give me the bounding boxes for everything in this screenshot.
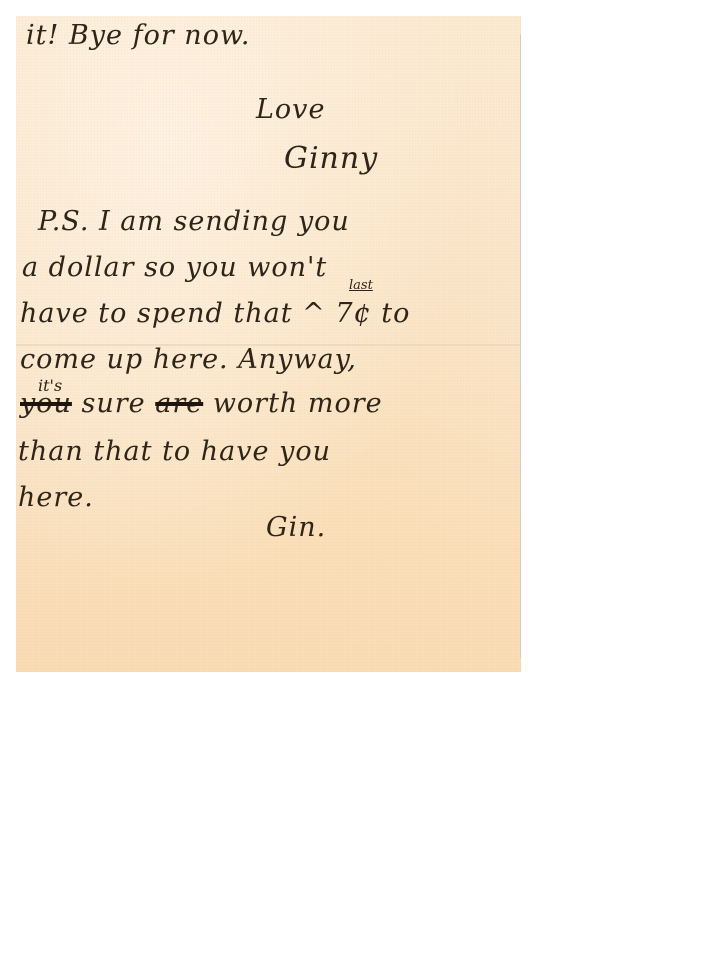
ps-line-3: have to spend that ^ 7¢ to <box>20 298 410 329</box>
ps-line-6: than that to have you <box>18 436 331 467</box>
signature-ginny: Ginny <box>284 141 378 176</box>
ps-line-3-end: 7¢ to <box>335 298 410 329</box>
letter-page: it! Bye for now. Love Ginny P.S. I am se… <box>16 16 521 672</box>
paper-edge <box>520 34 521 658</box>
ps-line-3-start: have to spend that <box>20 298 293 329</box>
ps-line-5-sure: sure <box>82 388 146 419</box>
ps-line-7: here. <box>18 482 94 513</box>
ps-line-5-end: worth more <box>213 388 383 419</box>
closing-love: Love <box>256 94 325 125</box>
ps-line-2: a dollar so you won't <box>22 252 327 283</box>
crossed-out-are: are <box>155 388 203 419</box>
ps-line-4: come up here. Anyway, <box>20 344 357 375</box>
ps-line-1: P.S. I am sending you <box>38 206 350 237</box>
inserted-word-its: it's <box>38 376 62 395</box>
ps-line-5: you sure are worth more <box>20 388 383 419</box>
text-line-bye: it! Bye for now. <box>26 20 250 51</box>
inserted-word-last: last <box>349 278 373 293</box>
ps-signature-gin: Gin. <box>266 512 326 543</box>
